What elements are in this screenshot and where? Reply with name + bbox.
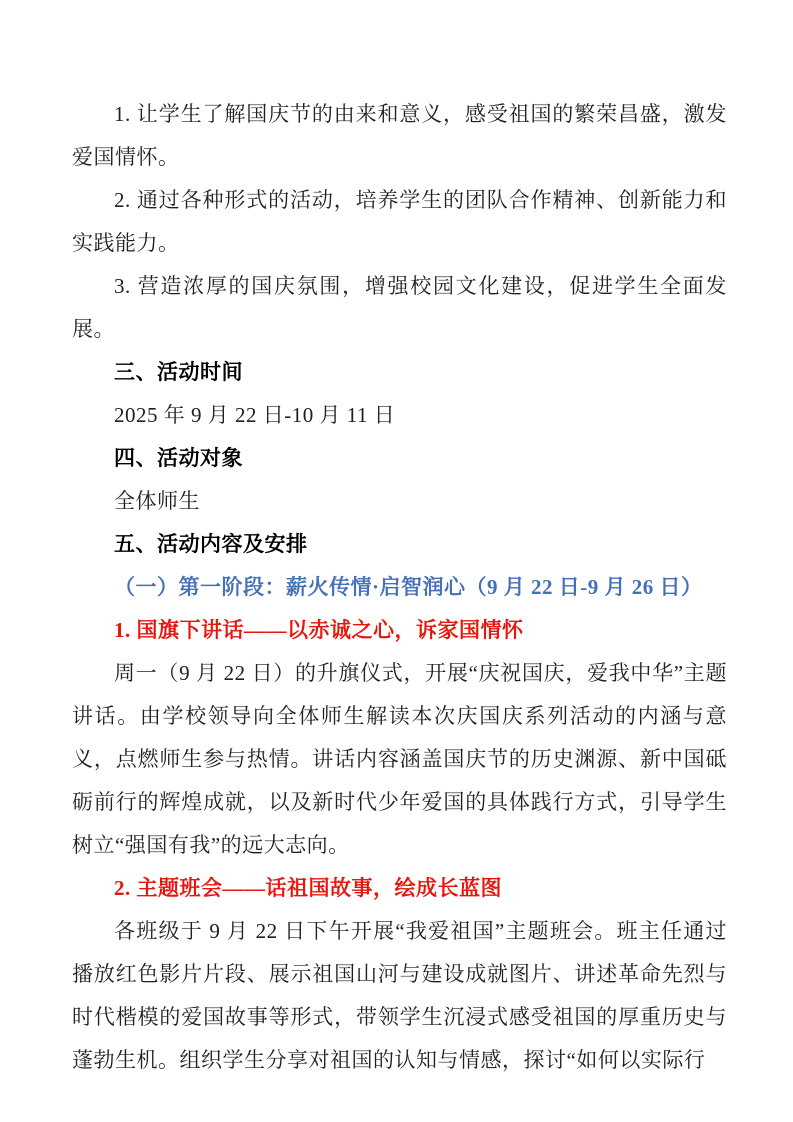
objective-item-1: 1. 让学生了解国庆节的由来和意义，感受祖国的繁荣昌盛，激发爱国情怀。 — [72, 93, 727, 179]
document-page: 1. 让学生了解国庆节的由来和意义，感受祖国的繁荣昌盛，激发爱国情怀。 2. 通… — [0, 0, 793, 1122]
activity-date-range: 2025 年 9 月 22 日-10 月 11 日 — [72, 394, 727, 437]
document-content: 1. 让学生了解国庆节的由来和意义，感受祖国的繁荣昌盛，激发爱国情怀。 2. 通… — [72, 93, 727, 1082]
section-heading-content: 五、活动内容及安排 — [72, 523, 727, 566]
class-meeting-paragraph: 各班级于 9 月 22 日下午开展“我爱祖国”主题班会。班主任通过播放红色影片片… — [72, 910, 727, 1082]
stage-one-heading: （一）第一阶段：薪火传情·启智润心（9 月 22 日-9 月 26 日） — [72, 566, 727, 609]
flag-speech-paragraph: 周一（9 月 22 日）的升旗仪式，开展“庆祝国庆，爱我中华”主题讲话。由学校领… — [72, 652, 727, 867]
section-heading-audience: 四、活动对象 — [72, 437, 727, 480]
objective-item-2: 2. 通过各种形式的活动，培养学生的团队合作精神、创新能力和实践能力。 — [72, 179, 727, 265]
subheading-class-meeting: 2. 主题班会——话祖国故事，绘成长蓝图 — [72, 867, 727, 910]
activity-audience: 全体师生 — [72, 480, 727, 523]
section-heading-time: 三、活动时间 — [72, 351, 727, 394]
subheading-flag-speech: 1. 国旗下讲话——以赤诚之心，诉家国情怀 — [72, 609, 727, 652]
objective-item-3: 3. 营造浓厚的国庆氛围，增强校园文化建设，促进学生全面发展。 — [72, 265, 727, 351]
